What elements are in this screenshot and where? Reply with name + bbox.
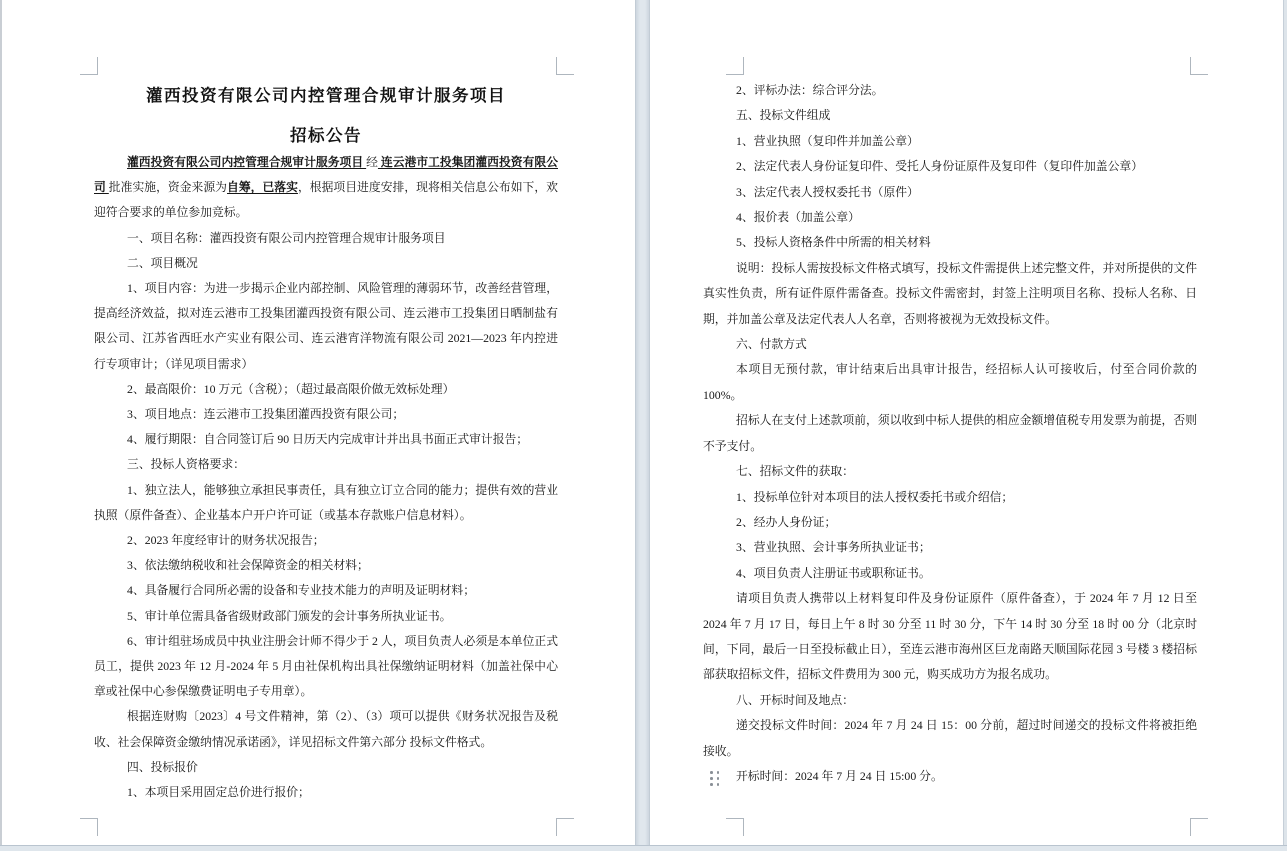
paragraph: 3、法定代表人授权委托书（原件）	[703, 180, 1197, 205]
text-run: 本项目无预付款，审计结束后出具审计报告，经招标人认可接收后，付至合同价款的 10…	[703, 362, 1197, 401]
text-run: 5、投标人资格条件中所需的相关材料	[736, 235, 931, 249]
document-page-1: 灌西投资有限公司内控管理合规审计服务项目招标公告 灌西投资有限公司内控管理合规审…	[2, 0, 635, 845]
paragraph: 招标人在支付上述款项前，须以收到中标人提供的相应金额增值税专用发票为前提，否则不…	[703, 408, 1197, 459]
paragraph: 四、投标报价	[94, 755, 558, 780]
document-title-line: 灌西投资有限公司内控管理合规审计服务项目	[94, 76, 558, 116]
paragraph-drag-handle-icon[interactable]	[710, 771, 723, 787]
text-run: 3、营业执照、会计事务所执业证书；	[736, 540, 931, 554]
paragraph: 一、项目名称：灌西投资有限公司内控管理合规审计服务项目	[94, 226, 558, 251]
emphasized-text-run: 自筹，已落实	[227, 180, 298, 194]
paragraph: 2、经办人身份证；	[703, 510, 1197, 535]
paragraph: 五、投标文件组成	[703, 103, 1197, 128]
application-window: 灌西投资有限公司内控管理合规审计服务项目招标公告 灌西投资有限公司内控管理合规审…	[0, 0, 1287, 851]
document-body-page-2: 2、评标办法：综合评分法。五、投标文件组成1、营业执照（复印件并加盖公章）2、法…	[703, 78, 1197, 789]
margin-crop-mark-top-right	[1190, 57, 1208, 75]
text-run: 4、项目负责人注册证书或职称证书。	[736, 566, 931, 580]
paragraph: 2、评标办法：综合评分法。	[703, 78, 1197, 103]
text-run: 1、本项目采用固定总价进行报价；	[127, 785, 310, 799]
paragraph: 本项目无预付款，审计结束后出具审计报告，经招标人认可接收后，付至合同价款的 10…	[703, 357, 1197, 408]
paragraph: 5、投标人资格条件中所需的相关材料	[703, 230, 1197, 255]
paragraph: 递交投标文件时间：2024 年 7 月 24 日 15：00 分前，超过时间递交…	[703, 713, 1197, 764]
window-right-edge	[1283, 0, 1287, 845]
margin-crop-mark-top-left	[726, 57, 744, 75]
text-run: 5、审计单位需具备省级财政部门颁发的会计事务所执业证书。	[127, 609, 451, 623]
margin-crop-mark-bottom-left	[726, 818, 744, 836]
text-run: 6、审计组驻场成员中执业注册会计师不得少于 2 人，项目负责人必须是本单位正式员…	[94, 634, 558, 698]
document-page-2: 2、评标办法：综合评分法。五、投标文件组成1、营业执照（复印件并加盖公章）2、法…	[650, 0, 1283, 845]
text-run: 1、营业执照（复印件并加盖公章）	[736, 134, 919, 148]
paragraph: 二、项目概况	[94, 251, 558, 276]
paragraph: 根据连财购〔2023〕4 号文件精神，第（2）、（3）项可以提供《财务状况报告及…	[94, 704, 558, 754]
window-bottom-strip	[0, 845, 1287, 851]
text-run: 七、招标文件的获取：	[736, 464, 854, 478]
text-run: 2、经办人身份证；	[736, 515, 836, 529]
margin-crop-mark-top-right	[556, 57, 574, 75]
text-run: 2、评标办法：综合评分法。	[736, 83, 883, 97]
paragraph: 4、报价表（加盖公章）	[703, 205, 1197, 230]
page-gap-strip	[635, 0, 650, 845]
text-run: 一、项目名称：灌西投资有限公司内控管理合规审计服务项目	[127, 231, 446, 245]
paragraph: 3、项目地点：连云港市工投集团灌西投资有限公司；	[94, 402, 558, 427]
paragraph: 请项目负责人携带以上材料复印件及身份证原件（原件备查），于 2024 年 7 月…	[703, 586, 1197, 688]
text-run: 六、付款方式	[736, 337, 807, 351]
text-run: 请项目负责人携带以上材料复印件及身份证原件（原件备查），于 2024 年 7 月…	[703, 591, 1197, 681]
text-run: 4、履行期限：自合同签订后 90 日历天内完成审计并出具书面正式审计报告；	[127, 432, 528, 446]
paragraph: 4、具备履行合同所必需的设备和专业技术能力的声明及证明材料；	[94, 578, 558, 603]
text-run: 3、依法缴纳税收和社会保障资金的相关材料；	[127, 558, 369, 572]
text-run: 1、项目内容：为进一步揭示企业内部控制、风险管理的薄弱环节，改善经营管理，提高经…	[94, 281, 558, 371]
paragraph: 3、依法缴纳税收和社会保障资金的相关材料；	[94, 553, 558, 578]
paragraph: 说明：投标人需按投标文件格式填写，投标文件需提供上述完整文件，并对所提供的文件真…	[703, 256, 1197, 332]
paragraph: 3、营业执照、会计事务所执业证书；	[703, 535, 1197, 560]
paragraph: 八、开标时间及地点：	[703, 688, 1197, 713]
text-run: 2、法定代表人身份证复印件、受托人身份证原件及复印件（复印件加盖公章）	[736, 159, 1143, 173]
paragraph: 七、招标文件的获取：	[703, 459, 1197, 484]
paragraph: 灌西投资有限公司内控管理合规审计服务项目 经 连云港市工投集团灌西投资有限公司 …	[94, 150, 558, 226]
text-run: 四、投标报价	[127, 760, 198, 774]
text-run: 根据连财购〔2023〕4 号文件精神，第（2）、（3）项可以提供《财务状况报告及…	[94, 709, 558, 748]
paragraph: 1、本项目采用固定总价进行报价；	[94, 780, 558, 805]
text-run: 3、项目地点：连云港市工投集团灌西投资有限公司；	[127, 407, 404, 421]
paragraph: 6、审计组驻场成员中执业注册会计师不得少于 2 人，项目负责人必须是本单位正式员…	[94, 629, 558, 705]
emphasized-text-run: 灌西投资有限公司内控管理合规审计服务项目	[127, 155, 366, 169]
paragraph: 1、项目内容：为进一步揭示企业内部控制、风险管理的薄弱环节，改善经营管理，提高经…	[94, 276, 558, 377]
paragraph: 三、投标人资格要求：	[94, 452, 558, 477]
text-run: 二、项目概况	[127, 256, 198, 270]
text-run: 五、投标文件组成	[736, 108, 830, 122]
text-run: 1、独立法人，能够独立承担民事责任，具有独立订立合同的能力；提供有效的营业执照（…	[94, 483, 558, 522]
text-run: 八、开标时间及地点：	[736, 693, 854, 707]
text-run: 2、2023 年度经审计的财务状况报告；	[127, 533, 325, 547]
paragraph: 2、最高限价：10 万元（含税）；（超过最高限价做无效标处理）	[94, 377, 558, 402]
text-run: 4、报价表（加盖公章）	[736, 210, 860, 224]
paragraph: 4、项目负责人注册证书或职称证书。	[703, 561, 1197, 586]
document-title: 灌西投资有限公司内控管理合规审计服务项目招标公告	[94, 76, 558, 156]
text-run: 招标人在支付上述款项前，须以收到中标人提供的相应金额增值税专用发票为前提，否则不…	[703, 413, 1197, 452]
text-run: 2、最高限价：10 万元（含税）；（超过最高限价做无效标处理）	[127, 382, 454, 396]
margin-crop-mark-bottom-left	[80, 818, 98, 836]
paragraph: 开标时间：2024 年 7 月 24 日 15:00 分。	[703, 764, 1197, 789]
paragraph: 5、审计单位需具备省级财政部门颁发的会计事务所执业证书。	[94, 604, 558, 629]
paragraph: 2、2023 年度经审计的财务状况报告；	[94, 528, 558, 553]
margin-crop-mark-top-left	[80, 57, 98, 75]
paragraph: 1、营业执照（复印件并加盖公章）	[703, 129, 1197, 154]
paragraph: 1、独立法人，能够独立承担民事责任，具有独立订立合同的能力；提供有效的营业执照（…	[94, 478, 558, 528]
text-run: 递交投标文件时间：2024 年 7 月 24 日 15：00 分前，超过时间递交…	[703, 718, 1197, 757]
text-run: 经	[366, 155, 378, 169]
text-run: 说明：投标人需按投标文件格式填写，投标文件需提供上述完整文件，并对所提供的文件真…	[703, 261, 1197, 326]
paragraph: 1、投标单位针对本项目的法人授权委托书或介绍信；	[703, 485, 1197, 510]
window-left-edge	[0, 0, 2, 845]
margin-crop-mark-bottom-right	[556, 818, 574, 836]
text-run: 4、具备履行合同所必需的设备和专业技术能力的声明及证明材料；	[127, 583, 475, 597]
text-run: 3、法定代表人授权委托书（原件）	[736, 185, 919, 199]
paragraph: 六、付款方式	[703, 332, 1197, 357]
document-body-page-1: 灌西投资有限公司内控管理合规审计服务项目 经 连云港市工投集团灌西投资有限公司 …	[94, 150, 558, 805]
text-run: 三、投标人资格要求：	[127, 457, 245, 471]
text-run: 开标时间：2024 年 7 月 24 日 15:00 分。	[736, 769, 943, 783]
text-run: 1、投标单位针对本项目的法人授权委托书或介绍信；	[736, 490, 1013, 504]
paragraph: 2、法定代表人身份证复印件、受托人身份证原件及复印件（复印件加盖公章）	[703, 154, 1197, 179]
paragraph: 4、履行期限：自合同签订后 90 日历天内完成审计并出具书面正式审计报告；	[94, 427, 558, 452]
text-run: 批准实施，资金来源为	[109, 180, 227, 194]
margin-crop-mark-bottom-right	[1190, 818, 1208, 836]
